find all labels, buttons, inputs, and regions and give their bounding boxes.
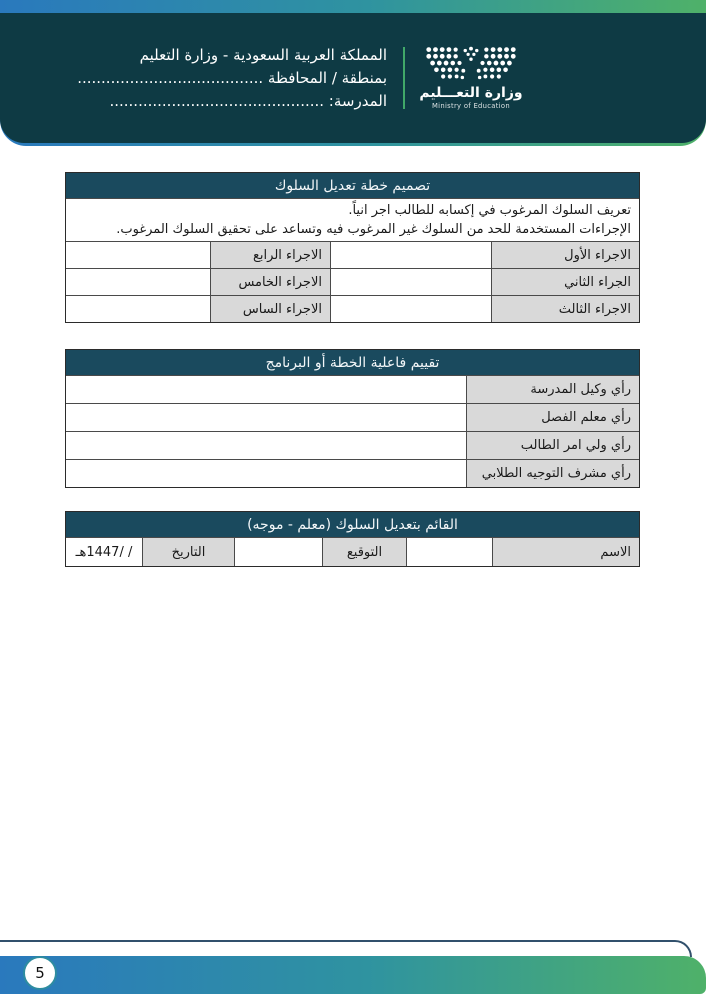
- plan-definition-line2: الإجراءات المستخدمة للحد من السلوك غير ا…: [74, 220, 631, 239]
- deputy-opinion-label: رأي وكيل المدرسة: [467, 376, 639, 403]
- ministry-logo-dots-emblem: [423, 45, 519, 83]
- procedure-4-label: الاجراء الرابع: [211, 242, 330, 268]
- procedure-4-value-cell[interactable]: [66, 242, 210, 268]
- guidance-supervisor-opinion-value-cell[interactable]: [66, 460, 466, 487]
- name-label: الاسم: [493, 538, 639, 566]
- region-blank-line: بمنطقة / المحافظة ......................…: [87, 67, 387, 90]
- ministry-of-education-logo: وزارة التعـــليم Ministry of Education: [419, 45, 523, 111]
- header-text-block: المملكة العربية السعودية - وزارة التعليم…: [87, 44, 387, 113]
- guidance-supervisor-opinion-label: رأي مشرف التوجيه الطلابي: [467, 460, 639, 487]
- plan-table-title: تصميم خطة تعديل السلوك: [66, 173, 639, 198]
- name-value-cell[interactable]: [407, 538, 492, 566]
- procedure-1-value-cell[interactable]: [331, 242, 491, 268]
- signature-label: التوقيع: [323, 538, 406, 566]
- logo-subtitle-english: Ministry of Education: [419, 101, 523, 111]
- procedure-5-label: الاجراء الخامس: [211, 269, 330, 295]
- guardian-opinion-label: رأي ولي امر الطالب: [467, 432, 639, 459]
- procedure-6-value-cell[interactable]: [66, 296, 210, 322]
- procedure-2-value-cell[interactable]: [331, 269, 491, 295]
- guardian-opinion-value-cell[interactable]: [66, 432, 466, 459]
- evaluation-table-title: تقييم فاعلية الخطة أو البرنامج: [66, 350, 639, 375]
- school-blank-line: المدرسة: ...............................…: [87, 90, 387, 113]
- procedure-3-value-cell[interactable]: [331, 296, 491, 322]
- signature-value-cell[interactable]: [235, 538, 322, 566]
- footer-gradient-bar: [0, 956, 706, 994]
- deputy-opinion-value-cell[interactable]: [66, 376, 466, 403]
- plan-definition-line1: تعريف السلوك المرغوب في إكسابه للطالب اج…: [74, 201, 631, 220]
- header-gradient-frame: المملكة العربية السعودية - وزارة التعليم…: [0, 0, 706, 146]
- header-content: المملكة العربية السعودية - وزارة التعليم…: [87, 44, 523, 113]
- procedure-3-label: الاجراء الثالث: [492, 296, 639, 322]
- plan-definition-cell[interactable]: تعريف السلوك المرغوب في إكسابه للطالب اج…: [66, 199, 639, 241]
- form-body: تصميم خطة تعديل السلوك تعريف السلوك المر…: [65, 172, 640, 567]
- plan-design-table: تصميم خطة تعديل السلوك تعريف السلوك المر…: [65, 172, 640, 323]
- class-teacher-opinion-label: رأي معلم الفصل: [467, 404, 639, 431]
- class-teacher-opinion-value-cell[interactable]: [66, 404, 466, 431]
- procedure-5-value-cell[interactable]: [66, 269, 210, 295]
- modifier-table: القائم بتعديل السلوك (معلم - موجه) الاسم…: [65, 511, 640, 567]
- procedure-1-label: الاجراء الأول: [492, 242, 639, 268]
- header-separator: [403, 47, 405, 109]
- procedure-6-label: الاجراء الساس: [211, 296, 330, 322]
- date-label: التاريخ: [143, 538, 234, 566]
- logo-wordmark-arabic: وزارة التعـــليم: [419, 85, 523, 101]
- page-number-badge: 5: [23, 956, 57, 990]
- procedure-2-label: الجراء الثاني: [492, 269, 639, 295]
- modifier-table-title: القائم بتعديل السلوك (معلم - موجه): [66, 512, 639, 537]
- evaluation-table: تقييم فاعلية الخطة أو البرنامج رأي وكيل …: [65, 349, 640, 488]
- footer-outline-curve: [0, 940, 692, 957]
- date-value-cell[interactable]: / /1447هـ: [66, 538, 142, 566]
- form-page: { "page": { "number": "5" }, "header": {…: [0, 0, 706, 1000]
- page-header: المملكة العربية السعودية - وزارة التعليم…: [0, 13, 706, 143]
- country-ministry-title: المملكة العربية السعودية - وزارة التعليم: [87, 44, 387, 67]
